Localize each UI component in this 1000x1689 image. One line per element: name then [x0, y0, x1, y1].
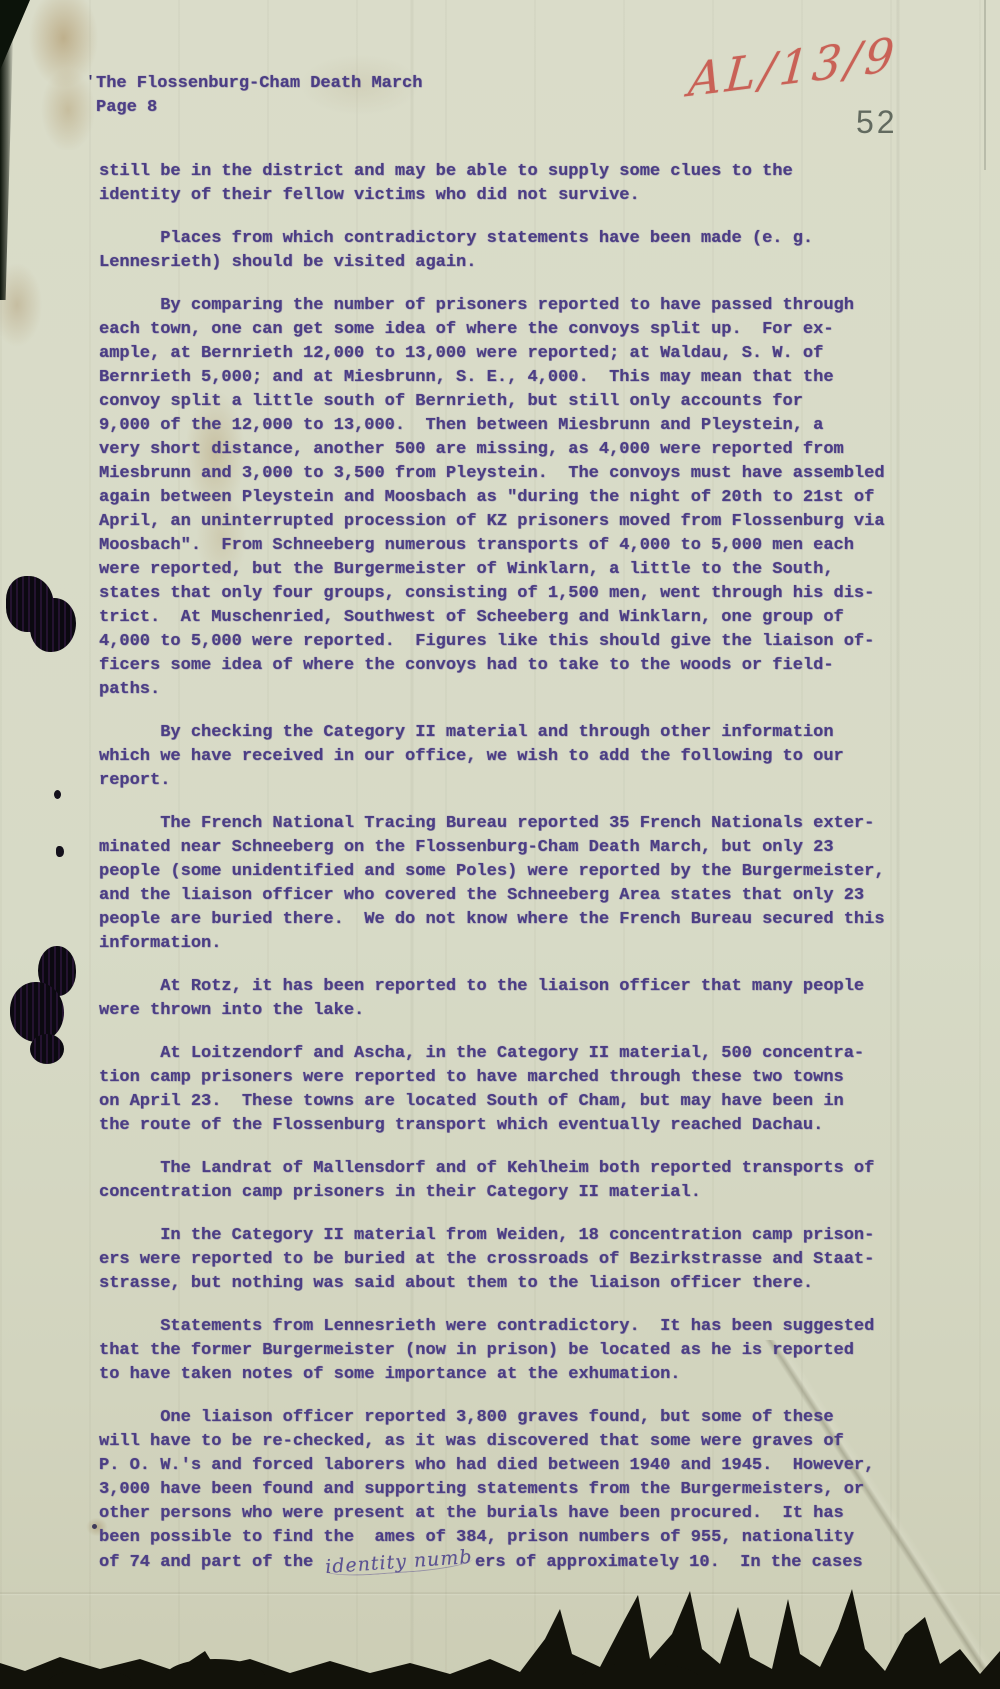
text-line: very short distance, another 500 are mis… — [99, 438, 929, 462]
text-line: on April 23. These towns are located Sou… — [99, 1090, 929, 1114]
text-line: The French National Tracing Bureau repor… — [99, 812, 929, 836]
text-line: Moosbach". From Schneeberg numerous tran… — [99, 534, 929, 558]
text-line: will have to be re-checked, as it was di… — [99, 1430, 929, 1454]
scan-edge-left — [0, 0, 14, 300]
paragraphs-container: still be in the district and may be able… — [99, 160, 929, 1550]
ink-blot — [30, 598, 76, 652]
text-line: Miesbrunn and 3,000 to 3,500 from Pleyst… — [99, 462, 929, 486]
text-line: paths. — [99, 678, 929, 702]
text-line: information. — [99, 932, 929, 956]
text-line: By comparing the number of prisoners rep… — [99, 294, 929, 318]
ink-speck — [54, 790, 61, 799]
handwritten-insert: identity numb — [325, 1547, 474, 1578]
text-line: One liaison officer reported 3,800 grave… — [99, 1406, 929, 1430]
text-line: April, an uninterrupted procession of KZ… — [99, 510, 929, 534]
paragraph: In the Category II material from Weiden,… — [99, 1224, 929, 1296]
paper-fold-line — [984, 0, 986, 170]
scanned-document-page: AL/13/9 52 ' The Flossenburg-Cham Death … — [0, 0, 1000, 1689]
text-line: and the liaison officer who covered the … — [99, 884, 929, 908]
document-body: still be in the district and may be able… — [99, 160, 929, 1575]
paragraph: The French National Tracing Bureau repor… — [99, 812, 929, 956]
text-line: other persons who were present at the bu… — [99, 1502, 929, 1526]
text-line: identity of their fellow victims who did… — [99, 184, 929, 208]
text-line: still be in the district and may be able… — [99, 160, 929, 184]
text-line: convoy split a little south of Bernrieth… — [99, 390, 929, 414]
text-line: trict. At Muschenried, Southwest of Sche… — [99, 606, 929, 630]
text-line: that the former Burgermeister (now in pr… — [99, 1339, 929, 1363]
text-line: the route of the Flossenburg transport w… — [99, 1114, 929, 1138]
paragraph: Places from which contradictory statemen… — [99, 227, 929, 275]
text-line: people are buried there. We do not know … — [99, 908, 929, 932]
paragraph: still be in the district and may be able… — [99, 160, 929, 208]
text-line: By checking the Category II material and… — [99, 721, 929, 745]
text-line: ers were reported to be buried at the cr… — [99, 1248, 929, 1272]
text-line-with-handwriting: of 74 and part of the identity numb ers … — [99, 1550, 929, 1575]
text-line: Bernrieth 5,000; and at Miesbrunn, S. E.… — [99, 366, 929, 390]
ink-blot — [30, 1034, 64, 1064]
ink-blot — [6, 576, 54, 632]
archive-reference-handwritten: AL/13/9 — [687, 29, 900, 106]
horizontal-crease — [0, 1586, 1000, 1600]
page-label: Page 8 — [96, 96, 422, 120]
text-line: P. O. W.'s and forced laborers who had d… — [99, 1454, 929, 1478]
text-line: concentration camp prisoners in their Ca… — [99, 1181, 929, 1205]
text-line: 3,000 have been found and supporting sta… — [99, 1478, 929, 1502]
paragraph: At Rotz, it has been reported to the lia… — [99, 975, 929, 1023]
ink-blot — [38, 946, 76, 996]
text-line: Lennesrieth) should be visited again. — [99, 251, 929, 275]
torn-bottom-edge — [0, 1579, 1000, 1689]
stray-mark: ' — [86, 74, 95, 91]
text-line: been possible to find the ames of 384, p… — [99, 1526, 929, 1550]
paper-stain — [0, 240, 52, 370]
text-line: which we have received in our office, we… — [99, 745, 929, 769]
scan-edge-corner — [0, 0, 30, 70]
paragraph: By checking the Category II material and… — [99, 721, 929, 793]
typed-segment: of 74 and part of the — [99, 1551, 323, 1575]
text-line: were reported, but the Burgermeister of … — [99, 558, 929, 582]
paragraph: One liaison officer reported 3,800 grave… — [99, 1406, 929, 1550]
text-line: At Rotz, it has been reported to the lia… — [99, 975, 929, 999]
paragraph: By comparing the number of prisoners rep… — [99, 294, 929, 702]
text-line: Statements from Lennesrieth were contrad… — [99, 1315, 929, 1339]
page-number-stamp: 52 — [856, 104, 898, 140]
text-line: strasse, but nothing was said about them… — [99, 1272, 929, 1296]
text-line: ample, at Bernrieth 12,000 to 13,000 wer… — [99, 342, 929, 366]
text-line: In the Category II material from Weiden,… — [99, 1224, 929, 1248]
text-line: minated near Schneeberg on the Flossenbu… — [99, 836, 929, 860]
text-line: tion camp prisoners were reported to hav… — [99, 1066, 929, 1090]
text-line: again between Pleystein and Moosbach as … — [99, 486, 929, 510]
text-line: 4,000 to 5,000 were reported. Figures li… — [99, 630, 929, 654]
text-line: each town, one can get some idea of wher… — [99, 318, 929, 342]
ink-speck — [56, 846, 64, 857]
ink-blot — [10, 982, 64, 1042]
paragraph: Statements from Lennesrieth were contrad… — [99, 1315, 929, 1387]
text-line: Places from which contradictory statemen… — [99, 227, 929, 251]
text-line: to have taken notes of some importance a… — [99, 1363, 929, 1387]
paragraph: The Landrat of Mallensdorf and of Kehlhe… — [99, 1157, 929, 1205]
paragraph: At Loitzendorf and Ascha, in the Categor… — [99, 1042, 929, 1138]
text-line: The Landrat of Mallensdorf and of Kehlhe… — [99, 1157, 929, 1181]
text-line: were thrown into the lake. — [99, 999, 929, 1023]
text-line: ficers some idea of where the convoys ha… — [99, 654, 929, 678]
document-header: The Flossenburg-Cham Death March Page 8 — [96, 72, 422, 120]
text-line: states that only four groups, consisting… — [99, 582, 929, 606]
text-line: 9,000 of the 12,000 to 13,000. Then betw… — [99, 414, 929, 438]
text-line: people (some unidentified and some Poles… — [99, 860, 929, 884]
ink-speck — [92, 1524, 97, 1529]
text-line: At Loitzendorf and Ascha, in the Categor… — [99, 1042, 929, 1066]
document-title: The Flossenburg-Cham Death March — [96, 72, 422, 96]
text-line: report. — [99, 769, 929, 793]
typed-segment: ers of approximately 10. In the cases — [475, 1551, 863, 1575]
